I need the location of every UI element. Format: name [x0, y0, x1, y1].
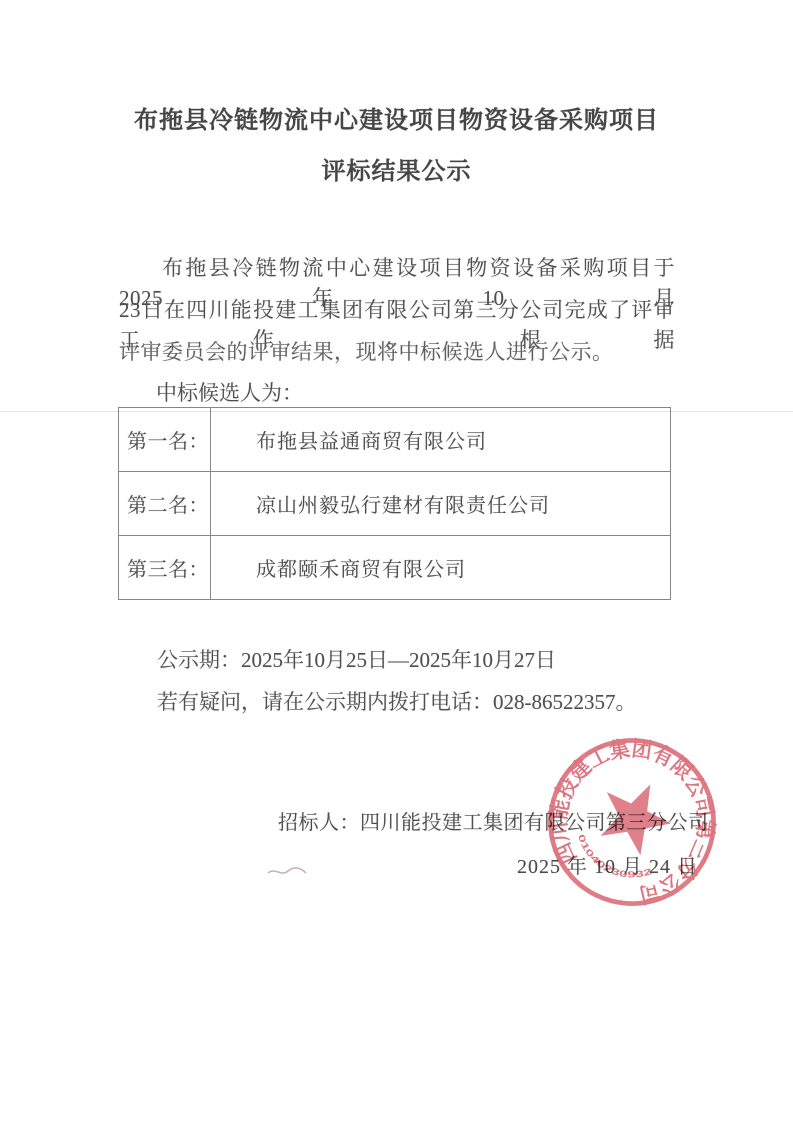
seal-star-icon [588, 769, 682, 862]
document-title-line1: 布拖县冷链物流中心建设项目物资设备采购项目 [0, 100, 793, 135]
rank-cell: 第二名： [119, 472, 211, 536]
document-page: 布拖县冷链物流中心建设项目物资设备采购项目 评标结果公示 布拖县冷链物流中心建设… [0, 0, 793, 1123]
company-cell: 凉山州毅弘行建材有限责任公司 [211, 472, 671, 536]
table-row: 第一名： 布拖县益通商贸有限公司 [119, 408, 671, 472]
rank-cell: 第三名： [119, 536, 211, 600]
document-title-line2: 评标结果公示 [0, 151, 793, 186]
candidates-label: 中标候选人为： [156, 377, 303, 407]
body-paragraph-line3: 评审委员会的评审结果，现将中标候选人进行公示。 [119, 336, 675, 366]
table-row: 第三名： 成都颐禾商贸有限公司 [119, 536, 671, 600]
publicity-period-line: 公示期：2025年10月25日—2025年10月27日 [157, 644, 556, 674]
company-cell: 成都颐禾商贸有限公司 [211, 536, 671, 600]
candidates-table: 第一名： 布拖县益通商贸有限公司 第二名： 凉山州毅弘行建材有限责任公司 第三名… [118, 407, 671, 600]
pen-mark [266, 864, 308, 880]
rank-cell: 第一名： [119, 408, 211, 472]
table-row: 第二名： 凉山州毅弘行建材有限责任公司 [119, 472, 671, 536]
company-cell: 布拖县益通商贸有限公司 [211, 408, 671, 472]
